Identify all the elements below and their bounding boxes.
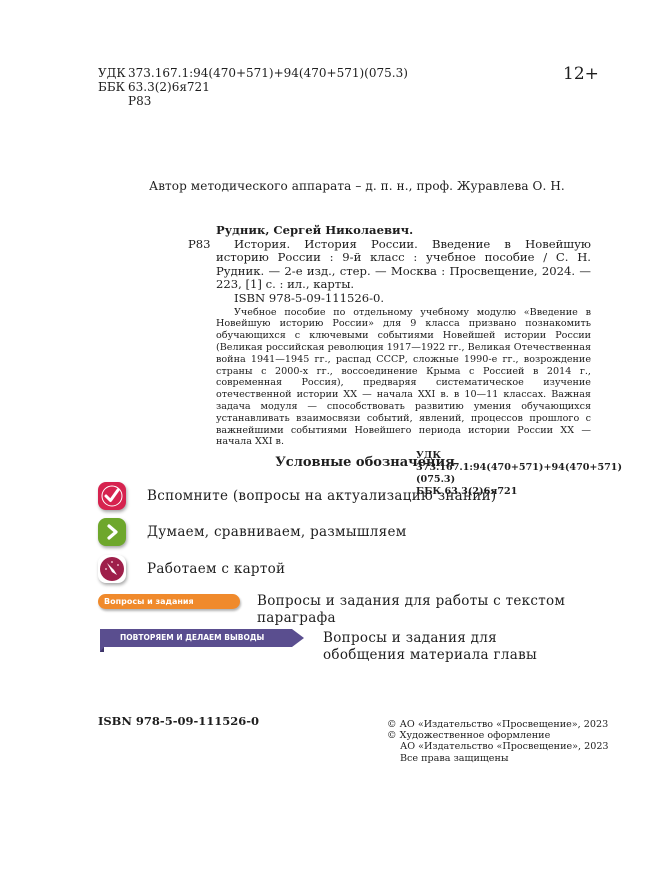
legend-text: Работаем с картой	[147, 561, 285, 577]
bbk-value: 63.3(2)6я721	[128, 80, 210, 94]
copyright-line: © Художественное оформление	[387, 730, 609, 741]
copyright-line: Все права защищены	[387, 753, 609, 764]
badge-questions: Вопросы и задания	[98, 594, 240, 609]
copyright-line: © АО «Издательство «Просвещение», 2023	[387, 719, 609, 730]
copyright-line: АО «Издательство «Просвещение», 2023	[387, 741, 609, 752]
legend-text: Вспомните (вопросы на актуализацию знани…	[147, 488, 496, 504]
legend-item-remember: Вспомните (вопросы на актуализацию знани…	[98, 482, 496, 510]
arrow-right-icon	[98, 518, 126, 546]
badge-review: ПОВТОРЯЕМ И ДЕЛАЕМ ВЫВОДЫ	[100, 629, 300, 647]
badge-review-label: ПОВТОРЯЕМ И ДЕЛАЕМ ВЫВОДЫ	[120, 629, 264, 647]
udk-label: УДК	[98, 66, 128, 80]
udk-header: УДК373.167.1:94(470+571)+94(470+571)(075…	[98, 66, 408, 108]
bbk-label: ББК	[98, 80, 128, 94]
badge-review-description: Вопросы и задания для обобщения материал…	[323, 630, 583, 664]
compass-icon	[98, 555, 126, 583]
checkmark-icon	[98, 482, 126, 510]
card-author: Рудник, Сергей Николаевич.	[216, 224, 591, 238]
legend-title: Условные обозначения	[0, 455, 650, 470]
card-description: История. История России. Введение в Нове…	[216, 238, 591, 292]
footer-isbn: ISBN 978-5-09-111526-0	[98, 714, 259, 728]
legend-text: Думаем, сравниваем, размышляем	[147, 524, 407, 540]
card-annotation: Учебное пособие по отдельному учебному м…	[216, 307, 591, 449]
legend-item-think: Думаем, сравниваем, размышляем	[98, 518, 407, 546]
udk-value: 373.167.1:94(470+571)+94(470+571)(075.3)	[128, 66, 408, 80]
author-code: Р83	[128, 94, 151, 108]
card-code: Р83	[188, 238, 211, 252]
copyright-block: © АО «Издательство «Просвещение», 2023 ©…	[387, 719, 609, 764]
card-isbn: ISBN 978-5-09-111526-0.	[234, 292, 591, 306]
age-rating: 12+	[563, 64, 599, 84]
legend-item-map: Работаем с картой	[98, 555, 285, 583]
badge-questions-description: Вопросы и задания для работы с текстом п…	[257, 593, 577, 627]
methodology-author: Автор методического аппарата – д. п. н.,…	[149, 179, 565, 193]
